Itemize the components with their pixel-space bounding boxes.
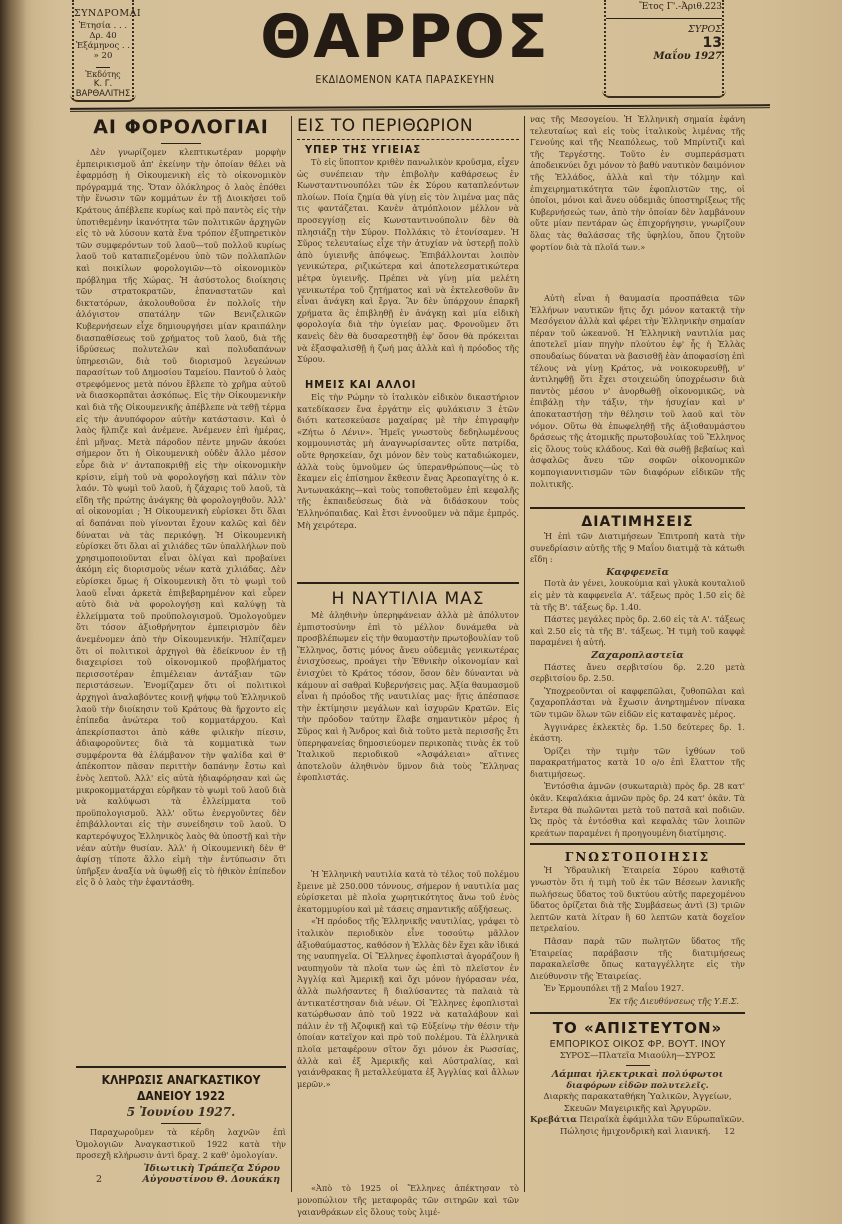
semiannual-price: Ἑξάμηνος . . » 20 <box>74 41 132 61</box>
advert-line-4: Σκευῶν Μαγειρικῆς καὶ Ἀργυρῶν. <box>530 1104 745 1116</box>
advert-address: ΣΥΡΟΣ—Πλατεῖα Μιαούλη—ΣΥΡΟΣ <box>530 1051 745 1063</box>
divider <box>161 1123 201 1124</box>
lottery-body: Παραχωροῦμεν τὰ κέρδη λαχνῶν ἐπὶ Ὁμολογι… <box>76 1127 286 1162</box>
divider <box>76 1066 286 1068</box>
newspaper-subtitle: ΕΚΔΙΔΟΜΕΝΟΝ ΚΑΤΑ ΠΑΡΑΣΚΕΥΗΝ <box>215 74 595 86</box>
item-body-us-and-others: Εἰς τὴν Ρώμην τὸ ἰταλικὸν εἰδικὸν δικαστ… <box>297 392 519 578</box>
issue-date: Μαΐου 1927 <box>606 51 722 62</box>
column-1: ΑΙ ΦΟΡΟΛΟΓΙΑΙ Δὲν γνωρίζομεν κλεπτικωτέρ… <box>76 114 286 1186</box>
publisher-label: Ἐκδότης <box>74 70 132 79</box>
advert-headline: ΤΟ «ΑΠΙΣΤΕΥΤΟΝ» <box>530 1018 745 1038</box>
announcement-date: Ἐν Ἑρμουπόλει τῇ 2 Μαΐου 1927. <box>530 983 745 995</box>
divider <box>530 1012 745 1014</box>
issue-number: Ἔτος Γ'.-Ἀριθ.223 <box>606 0 722 19</box>
shipping-paragraph-1: Μὲ ἀληθινὴν ὑπερηφάνειαν ἀλλὰ μὲ ἀπόλυτο… <box>297 610 519 868</box>
prices-cafes-1: Ποτὰ ἀν γένει, λουκούμια καὶ γλυκὰ κουτα… <box>530 578 745 613</box>
divider <box>530 843 745 845</box>
item-body-health: Τὸ εἰς ὕποπτον κριθὲν πανωλικὸν κροῦσμα,… <box>297 157 519 377</box>
divider <box>297 582 519 584</box>
prices-pastry-5: Ἐντόσθια ἀμνῶν (συκωταριὰ) πρὸς δρ. 28 κ… <box>530 781 745 839</box>
issue-place: ΣΥΡΟΣ <box>606 24 722 35</box>
shipping-paragraph-3: «Ἡ πρόοδος τῆς Ἑλληνικῆς ναυτιλίας, γράφ… <box>297 916 519 1182</box>
bank-signature-2: Αὐγουστίνου Θ. Δουκάκη <box>142 1174 280 1186</box>
advert-line-1: Λάμπαι ἠλεκτρικαὶ πολύφωτοι <box>530 1069 745 1081</box>
prices-sub-pastry: Ζαχαροπλαστεῖα <box>530 650 745 662</box>
newspaper-page: ΣΥΝΔΡΟΜΑΙ Ἐτησία . . . Δρ. 40 Ἑξάμηνος .… <box>0 0 842 1224</box>
advert-line-6: Πώλησις ἡμιχονδρικὴ καὶ λιανική. <box>560 1127 711 1139</box>
shipping-continued-1: νας τῆς Μεσογείου. Ἡ Ἑλληνικὴ σημαία ἐφά… <box>530 114 745 292</box>
issue-box: Ἔτος Γ'.-Ἀριθ.223 ΣΥΡΟΣ 13 Μαΐου 1927 <box>604 0 724 96</box>
shipping-paragraph-2: Ἡ Ἑλληνικὴ ναυτιλία κατὰ τὸ τέλος τοῦ πο… <box>297 869 519 915</box>
shipping-continued-2: Αὐτὴ εἶναι ἡ θαυμασία προσπάθεια τῶν Ἑλλ… <box>530 293 745 503</box>
bank-signature-1: Ἰδιωτικὴ Τράπεζα Σύρου <box>76 1163 286 1175</box>
ad-number: 2 <box>96 1174 102 1186</box>
newspaper-title: ΘΑΡΡΟΣ <box>215 8 595 66</box>
prices-pastry-4: Ὁρίζει τὴν τιμὴν τῶν ἰχθύων τοῦ παρακρατ… <box>530 746 745 781</box>
prices-pastry-3: Ἀγγινάρες ἐκλεκτὲς δρ. 1.50 δεύτερες δρ.… <box>530 722 745 745</box>
lottery-date: 5 Ἰουνίου 1927. <box>76 1104 286 1120</box>
prices-cafes-2: Πάστες μεγάλες πρὸς δρ. 2.60 εἰς τὰ Α'. … <box>530 614 745 649</box>
prices-intro: Ἡ ἐπὶ τῶν Διατιμήσεων Ἐπιτροπὴ κατὰ τὴν … <box>530 531 745 566</box>
column-3: νας τῆς Μεσογείου. Ἡ Ἑλληνικὴ σημαία ἐφά… <box>530 114 745 1139</box>
column-2: ΕΙΣ ΤΟ ΠΕΡΙΘΩΡΙΟΝ ΥΠΕΡ ΤΗΣ ΥΓΙΕΙΑΣ Τὸ εἰ… <box>297 114 519 1219</box>
article-headline-shipping: Η ΝΑΥΤΙΛΙΑ ΜΑΣ <box>297 588 519 610</box>
shipping-paragraph-4: «Ἀπὸ τὸ 1925 οἱ Ἕλληνες ἀπέκτησαν τὸ μον… <box>297 1183 519 1218</box>
divider <box>161 143 201 144</box>
divider <box>626 1065 650 1066</box>
section-headline-margin: ΕΙΣ ΤΟ ΠΕΡΙΘΩΡΙΟΝ <box>297 114 519 138</box>
advert-line-5: Πειραϊκὰ ἐφάμιλλα τῶν Εὐρωπαϊκῶν. <box>577 1115 745 1125</box>
divider <box>96 67 110 68</box>
announcement-p2: Πᾶσαν παρὰ τῶν πωλητῶν ὕδατος τῆς Ἑταιρε… <box>530 936 745 982</box>
advert-number: 12 <box>724 1127 735 1139</box>
column-rule <box>524 116 525 1192</box>
divider <box>297 139 519 140</box>
article-headline-taxes: ΑΙ ΦΟΡΟΛΟΓΙΑΙ <box>76 114 286 140</box>
masthead-rule <box>70 104 770 112</box>
prices-sub-cafes: Καφφενεῖα <box>530 567 745 579</box>
binding-spine <box>0 0 26 1224</box>
ornament <box>70 94 136 102</box>
advert-line-2: διαφόρων εἰδῶν πολυτελεῖς. <box>530 1081 745 1092</box>
lottery-headline: ΚΛΗΡΩΣΙΣ ΑΝΑΓΚΑΣΤΙΚΟΥ ΔΑΝΕΙΟΥ 1922 <box>76 1072 286 1104</box>
annual-price: Ἐτησία . . . Δρ. 40 <box>74 21 132 41</box>
prices-pastry-2: Ὑποχρεοῦνται οἱ καφφεπῶλαι, ζυθοπῶλαι κα… <box>530 686 745 721</box>
announcement-p1: Ἡ Ὑδραυλικὴ Ἑταιρεία Σύρου καθιστᾷ γνωστ… <box>530 865 745 935</box>
prices-pastry-1: Πάστες ἄνευ σερβιτσίου δρ. 2.20 μετὰ σερ… <box>530 662 745 685</box>
issue-day: 13 <box>606 35 722 51</box>
ornament <box>602 90 726 98</box>
advert-line-3: Διαρκὴς παρακαταθήκη Ὑαλικῶν, Ἀγγείων, <box>530 1092 745 1104</box>
item-title-health: ΥΠΕΡ ΤΗΣ ΥΓΙΕΙΑΣ <box>297 143 519 157</box>
advert-beds-label: Κρεβάτια <box>530 1115 577 1125</box>
column-rule <box>291 116 292 1192</box>
subscriptions-box: ΣΥΝΔΡΟΜΑΙ Ἐτησία . . . Δρ. 40 Ἑξάμηνος .… <box>72 0 134 100</box>
article-body-taxes: Δὲν γνωρίζομεν κλεπτικωτέραν μορφὴν ἐμπε… <box>76 147 286 1062</box>
announcement-signature: Ἐκ τῆς Διευθύνσεως τῆς Υ.Ε.Σ. <box>530 996 745 1008</box>
item-title-us-and-others: ΗΜΕΙΣ ΚΑΙ ΑΛΛΟΙ <box>297 378 519 392</box>
advert-business: ΕΜΠΟΡΙΚΟΣ ΟΙΚΟΣ ΦΡ. ΒΟΥΤ. ΙΝΟΥ <box>530 1038 745 1051</box>
prices-headline: ΔΙΑΤΙΜΗΣΕΙΣ <box>530 513 745 531</box>
subscriptions-heading: ΣΥΝΔΡΟΜΑΙ <box>74 8 132 19</box>
divider <box>530 507 745 509</box>
announcement-headline: ΓΝΩΣΤΟΠΟΙΗΣΙΣ <box>530 849 745 865</box>
